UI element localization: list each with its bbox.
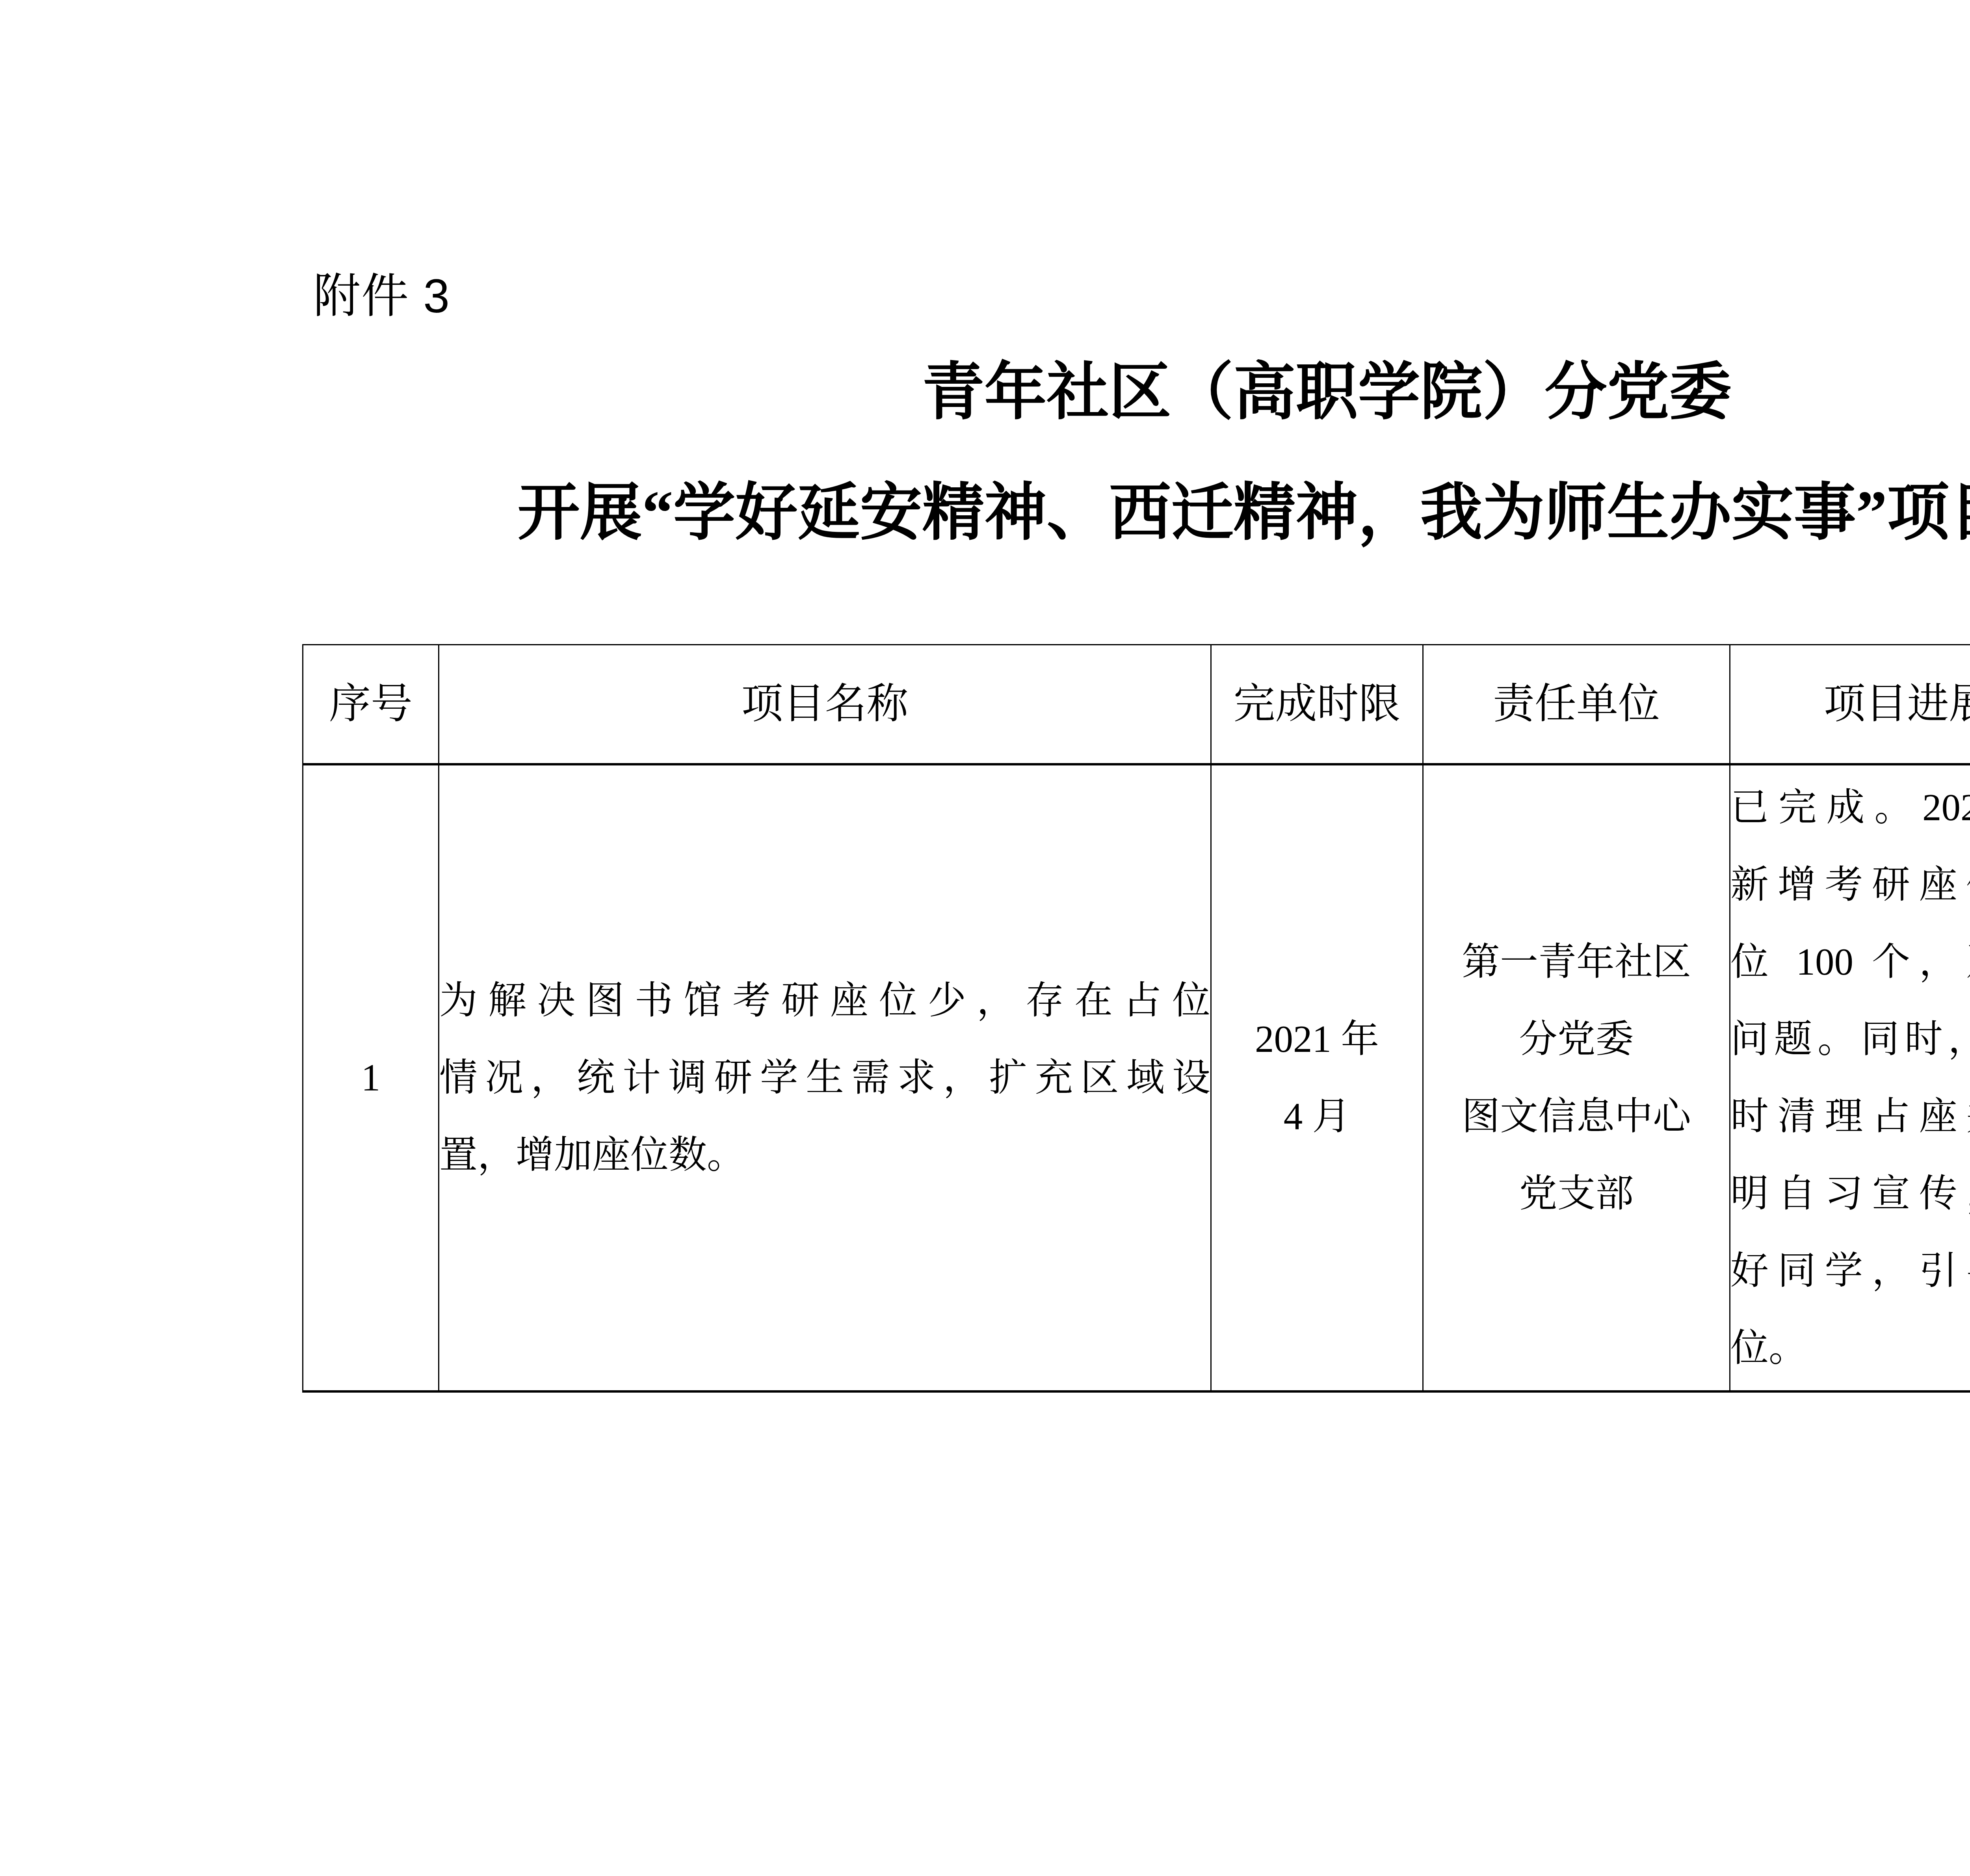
- progress-line: 明自习宣传，奖励使用座位较: [1730, 1155, 1970, 1232]
- unit-line: 第一青年社区: [1424, 923, 1729, 1001]
- progress-line: 位。: [1730, 1309, 1970, 1387]
- table-header-row: 序号 项目名称 完成时限 责任单位 项目进展情况信息公开: [303, 645, 1970, 764]
- header-cell-unit: 责任单位: [1423, 645, 1730, 764]
- cell-progress: 已完成。2021 年 4 月—6 月， 新增考研座位 131 个、自习座 位 1…: [1730, 764, 1970, 1391]
- document-title-line1: 青年社区（高职学院）分党委: [0, 362, 1970, 424]
- cell-project-name: 为解决图书馆考研座位少，存在占位 情况，统计调研学生需求，扩充区域设 置，增加座…: [439, 764, 1211, 1391]
- progress-line: 时清理占座并在公众号进行文: [1730, 1078, 1970, 1155]
- document-title-line2: 开展“学好延安精神、西迁精神，我为师生办实事”项目清单: [0, 482, 1970, 544]
- progress-line: 新增考研座位 131 个、自习座: [1730, 846, 1970, 923]
- cell-seq: 1: [303, 764, 439, 1391]
- projects-table-wrap: 序号 项目名称 完成时限 责任单位 项目进展情况信息公开 1 为解决图书馆考研座…: [302, 644, 1970, 1393]
- progress-line: 位 100 个，及时解决学生反映: [1730, 923, 1970, 1001]
- cell-unit: 第一青年社区 分党委 图文信息中心 党支部: [1423, 764, 1730, 1391]
- progress-line: 已完成。2021 年 4 月—6 月，: [1730, 769, 1970, 846]
- seq-value: 1: [303, 1039, 438, 1116]
- header-cell-seq: 序号: [303, 645, 439, 764]
- project-name-line: 为解决图书馆考研座位少，存在占位: [439, 962, 1210, 1039]
- progress-line: 好同学，引导学生合理使用座: [1730, 1232, 1970, 1309]
- project-name-line: 置，增加座位数。: [439, 1116, 1210, 1194]
- cell-deadline: 2021 年 4 月: [1211, 764, 1423, 1391]
- progress-line: 问题。同时，加大巡视力度，及: [1730, 1001, 1970, 1078]
- attachment-label: 附件 3: [313, 273, 450, 320]
- project-name-line: 情况，统计调研学生需求，扩充区域设: [439, 1039, 1210, 1116]
- unit-line: 分党委: [1424, 1001, 1729, 1078]
- table-row: 1 为解决图书馆考研座位少，存在占位 情况，统计调研学生需求，扩充区域设 置，增…: [303, 764, 1970, 1391]
- unit-line: 党支部: [1424, 1155, 1729, 1232]
- unit-line: 图文信息中心: [1424, 1078, 1729, 1155]
- header-cell-project-name: 项目名称: [439, 645, 1211, 764]
- projects-table: 序号 项目名称 完成时限 责任单位 项目进展情况信息公开 1 为解决图书馆考研座…: [302, 644, 1970, 1393]
- deadline-line: 2021 年: [1212, 1001, 1422, 1078]
- header-cell-progress: 项目进展情况信息公开: [1730, 645, 1970, 764]
- deadline-line: 4 月: [1212, 1078, 1422, 1155]
- header-cell-deadline: 完成时限: [1211, 645, 1423, 764]
- document-page: 附件 3 青年社区（高职学院）分党委 开展“学好延安精神、西迁精神，我为师生办实…: [0, 0, 1970, 1876]
